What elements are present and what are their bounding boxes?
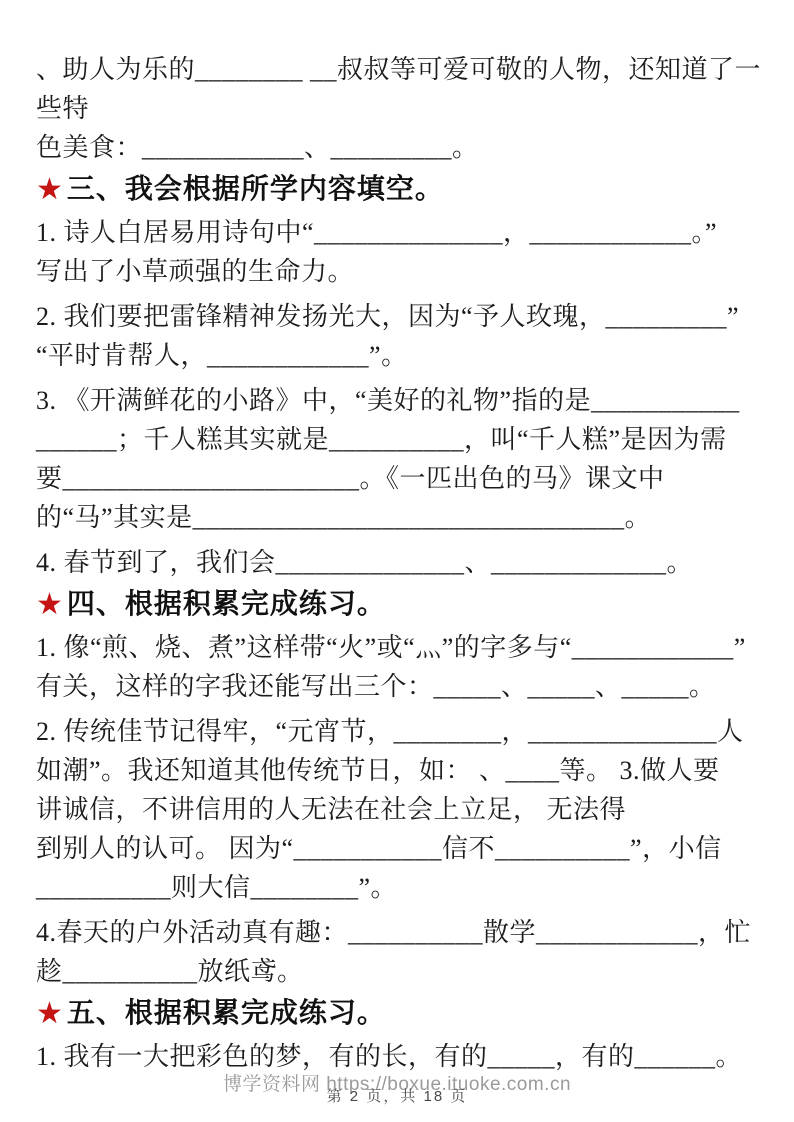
section-5-heading: ★ 五、根据积累完成练习。 bbox=[36, 997, 766, 1031]
section-5-item-1: 1. 我有一大把彩色的梦，有的长，有的_____，有的______。 bbox=[36, 1037, 766, 1076]
section-3-heading: ★ 三、我会根据所学内容填空。 bbox=[36, 173, 766, 207]
star-icon: ★ bbox=[36, 590, 64, 620]
worksheet-page: 、助人为乐的________ __叔叔等可爱可敬的人物，还知道了一些特 色美食：… bbox=[0, 0, 794, 1122]
section-4-heading: ★ 四、根据积累完成练习。 bbox=[36, 588, 766, 622]
section-5-title: 五、根据积累完成练习。 bbox=[67, 997, 386, 1031]
star-icon: ★ bbox=[36, 175, 64, 205]
intro-paragraph: 、助人为乐的________ __叔叔等可爱可敬的人物，还知道了一些特 色美食：… bbox=[36, 50, 766, 167]
section-4-item-2: 2. 传统佳节记得牢，“元宵节，________，______________人… bbox=[36, 712, 766, 907]
section-3-item-1: 1. 诗人白居易用诗句中“______________，____________… bbox=[36, 213, 766, 291]
section-4-item-1: 1. 像“煎、烧、煮”这样带“火”或“灬”的字多与“____________” … bbox=[36, 628, 766, 706]
section-3-item-3: 3. 《开满鲜花的小路》中，“美好的礼物”指的是___________ ____… bbox=[36, 381, 766, 537]
section-3-item-4: 4. 春节到了，我们会______________、_____________。 bbox=[36, 543, 766, 582]
section-4-title: 四、根据积累完成练习。 bbox=[67, 588, 386, 622]
star-icon: ★ bbox=[36, 999, 64, 1029]
section-4-item-4: 4.春天的户外活动真有趣：__________散学____________，忙 … bbox=[36, 913, 766, 991]
section-3-item-2: 2. 我们要把雷锋精神发扬光大，因为“予人玫瑰，_________” “平时肯帮… bbox=[36, 297, 766, 375]
section-3-title: 三、我会根据所学内容填空。 bbox=[67, 173, 444, 207]
page-number: 第 2 页，共 18 页 bbox=[0, 1085, 794, 1106]
